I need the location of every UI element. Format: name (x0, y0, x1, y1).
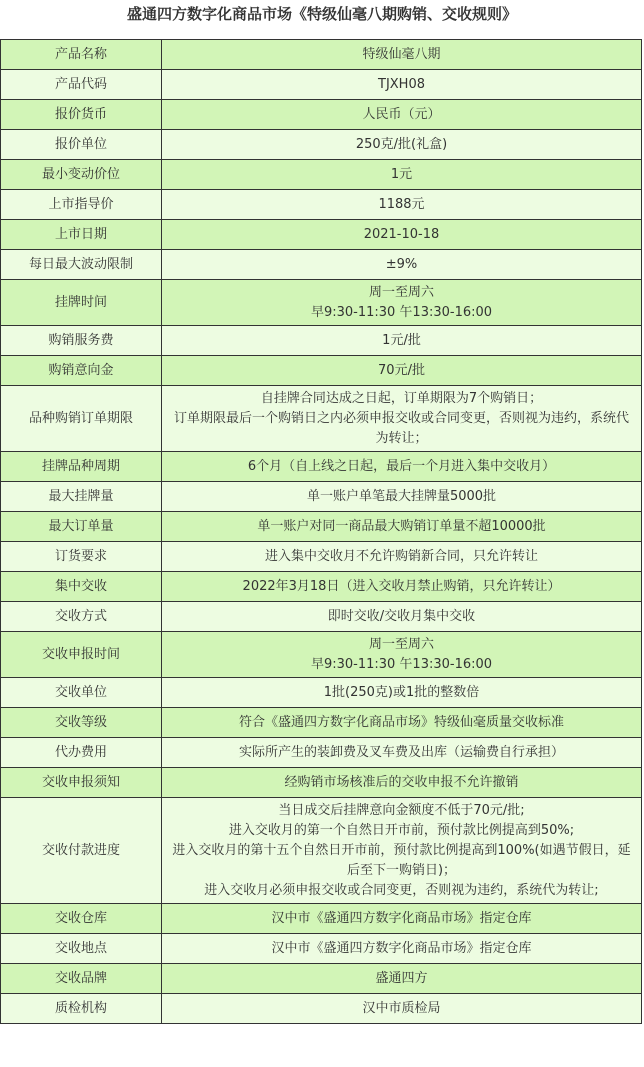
row-label: 交收申报时间 (1, 632, 162, 678)
table-row: 交收方式即时交收/交收月集中交收 (1, 602, 642, 632)
value-line: 2021-10-18 (168, 225, 635, 245)
row-value: 周一至周六早9:30-11:30 午13:30-16:00 (162, 280, 642, 326)
row-value: 特级仙毫八期 (162, 40, 642, 70)
row-value: ±9% (162, 250, 642, 280)
value-line: 进入集中交收月不允许购销新合同，只允许转让 (168, 547, 635, 567)
row-value: 实际所产生的装卸费及叉车费及出库（运输费自行承担） (162, 738, 642, 768)
row-value: 70元/批 (162, 356, 642, 386)
value-line: 即时交收/交收月集中交收 (168, 607, 635, 627)
table-row: 代办费用实际所产生的装卸费及叉车费及出库（运输费自行承担） (1, 738, 642, 768)
row-value: 周一至周六早9:30-11:30 午13:30-16:00 (162, 632, 642, 678)
value-line: 经购销市场核准后的交收申报不允许撤销 (168, 773, 635, 793)
page-title: 盛通四方数字化商品市场《特级仙毫八期购销、交收规则》 (0, 0, 644, 30)
table-row: 品种购销订单期限自挂牌合同达成之日起，订单期限为7个购销日；订单期限最后一个购销… (1, 386, 642, 452)
table-row: 购销意向金70元/批 (1, 356, 642, 386)
row-label: 交收申报须知 (1, 768, 162, 798)
value-line: 1188元 (168, 195, 635, 215)
value-line: 1批(250克)或1批的整数倍 (168, 683, 635, 703)
row-label: 上市日期 (1, 220, 162, 250)
row-label: 集中交收 (1, 572, 162, 602)
value-line: 汉中市《盛通四方数字化商品市场》指定仓库 (168, 939, 635, 959)
table-row: 上市日期2021-10-18 (1, 220, 642, 250)
table-row: 产品代码TJXH08 (1, 70, 642, 100)
row-label: 代办费用 (1, 738, 162, 768)
table-row: 最大挂牌量单一账户单笔最大挂牌量5000批 (1, 482, 642, 512)
table-row: 报价货币人民币（元） (1, 100, 642, 130)
value-line: 1元/批 (168, 331, 635, 351)
row-label: 产品名称 (1, 40, 162, 70)
value-line: 自挂牌合同达成之日起，订单期限为7个购销日； (168, 389, 635, 409)
value-line: 符合《盛通四方数字化商品市场》特级仙毫质量交收标准 (168, 713, 635, 733)
table-row: 交收地点汉中市《盛通四方数字化商品市场》指定仓库 (1, 934, 642, 964)
row-label: 挂牌品种周期 (1, 452, 162, 482)
value-line: 250克/批(礼盒) (168, 135, 635, 155)
table-row: 每日最大波动限制±9% (1, 250, 642, 280)
row-label: 交收方式 (1, 602, 162, 632)
value-line: 1元 (168, 165, 635, 185)
row-value: 汉中市质检局 (162, 994, 642, 1024)
row-label: 交收地点 (1, 934, 162, 964)
value-line: 进入交收月必须申报交收或合同变更，否则视为违约，系统代为转让; (168, 881, 635, 901)
rules-table: 产品名称特级仙毫八期 产品代码TJXH08 报价货币人民币（元） 报价单位250… (0, 39, 642, 1024)
row-value: 1188元 (162, 190, 642, 220)
table-row: 订货要求进入集中交收月不允许购销新合同，只允许转让 (1, 542, 642, 572)
table-row: 最小变动价位1元 (1, 160, 642, 190)
value-line: 2022年3月18日（进入交收月禁止购销，只允许转让） (168, 577, 635, 597)
table-row: 产品名称特级仙毫八期 (1, 40, 642, 70)
row-label: 交收等级 (1, 708, 162, 738)
row-value: 单一账户单笔最大挂牌量5000批 (162, 482, 642, 512)
table-row: 挂牌品种周期6个月（自上线之日起，最后一个月进入集中交收月） (1, 452, 642, 482)
value-line: 特级仙毫八期 (168, 45, 635, 65)
value-line: 早9:30-11:30 午13:30-16:00 (168, 655, 635, 675)
value-line: 汉中市质检局 (168, 999, 635, 1019)
value-line: 单一账户对同一商品最大购销订单量不超10000批 (168, 517, 635, 537)
row-value: 人民币（元） (162, 100, 642, 130)
row-value: 当日成交后挂牌意向金额度不低于70元/批;进入交收月的第一个自然日开市前，预付款… (162, 798, 642, 904)
row-label: 最大挂牌量 (1, 482, 162, 512)
table-row: 挂牌时间周一至周六早9:30-11:30 午13:30-16:00 (1, 280, 642, 326)
value-line: 周一至周六 (168, 635, 635, 655)
row-label: 交收品牌 (1, 964, 162, 994)
row-label: 购销意向金 (1, 356, 162, 386)
row-value: 250克/批(礼盒) (162, 130, 642, 160)
row-value: 1元/批 (162, 326, 642, 356)
row-label: 购销服务费 (1, 326, 162, 356)
row-value: 汉中市《盛通四方数字化商品市场》指定仓库 (162, 904, 642, 934)
row-label: 交收单位 (1, 678, 162, 708)
value-line: 周一至周六 (168, 283, 635, 303)
row-value: 自挂牌合同达成之日起，订单期限为7个购销日；订单期限最后一个购销日之内必须申报交… (162, 386, 642, 452)
row-label: 每日最大波动限制 (1, 250, 162, 280)
row-value: 汉中市《盛通四方数字化商品市场》指定仓库 (162, 934, 642, 964)
row-value: 1元 (162, 160, 642, 190)
value-line: 当日成交后挂牌意向金额度不低于70元/批; (168, 801, 635, 821)
table-row: 交收付款进度当日成交后挂牌意向金额度不低于70元/批;进入交收月的第一个自然日开… (1, 798, 642, 904)
table-row: 交收单位1批(250克)或1批的整数倍 (1, 678, 642, 708)
table-row: 交收等级符合《盛通四方数字化商品市场》特级仙毫质量交收标准 (1, 708, 642, 738)
value-line: 进入交收月的第十五个自然日开市前，预付款比例提高到100%(如遇节假日，延后至下… (168, 841, 635, 881)
value-line: ±9% (168, 255, 635, 275)
value-line: 进入交收月的第一个自然日开市前，预付款比例提高到50%; (168, 821, 635, 841)
row-label: 品种购销订单期限 (1, 386, 162, 452)
table-row: 购销服务费1元/批 (1, 326, 642, 356)
row-label: 上市指导价 (1, 190, 162, 220)
row-label: 最大订单量 (1, 512, 162, 542)
table-row: 质检机构汉中市质检局 (1, 994, 642, 1024)
table-row: 交收申报须知经购销市场核准后的交收申报不允许撤销 (1, 768, 642, 798)
table-row: 集中交收2022年3月18日（进入交收月禁止购销，只允许转让） (1, 572, 642, 602)
value-line: 70元/批 (168, 361, 635, 381)
value-line: 订单期限最后一个购销日之内必须申报交收或合同变更，否则视为违约，系统代为转让； (168, 409, 635, 449)
value-line: 盛通四方 (168, 969, 635, 989)
value-line: 人民币（元） (168, 105, 635, 125)
table-row: 最大订单量单一账户对同一商品最大购销订单量不超10000批 (1, 512, 642, 542)
table-row: 交收申报时间周一至周六早9:30-11:30 午13:30-16:00 (1, 632, 642, 678)
row-value: 经购销市场核准后的交收申报不允许撤销 (162, 768, 642, 798)
value-line: 单一账户单笔最大挂牌量5000批 (168, 487, 635, 507)
value-line: 实际所产生的装卸费及叉车费及出库（运输费自行承担） (168, 743, 635, 763)
table-row: 交收仓库汉中市《盛通四方数字化商品市场》指定仓库 (1, 904, 642, 934)
row-label: 挂牌时间 (1, 280, 162, 326)
table-row: 上市指导价1188元 (1, 190, 642, 220)
row-value: 6个月（自上线之日起，最后一个月进入集中交收月） (162, 452, 642, 482)
row-value: 2021-10-18 (162, 220, 642, 250)
row-value: 1批(250克)或1批的整数倍 (162, 678, 642, 708)
row-label: 产品代码 (1, 70, 162, 100)
value-line: 汉中市《盛通四方数字化商品市场》指定仓库 (168, 909, 635, 929)
value-line: 早9:30-11:30 午13:30-16:00 (168, 303, 635, 323)
row-label: 报价单位 (1, 130, 162, 160)
row-label: 交收仓库 (1, 904, 162, 934)
row-value: 进入集中交收月不允许购销新合同，只允许转让 (162, 542, 642, 572)
row-label: 订货要求 (1, 542, 162, 572)
row-value: 单一账户对同一商品最大购销订单量不超10000批 (162, 512, 642, 542)
value-line: TJXH08 (168, 75, 635, 95)
row-label: 报价货币 (1, 100, 162, 130)
row-label: 质检机构 (1, 994, 162, 1024)
row-value: 符合《盛通四方数字化商品市场》特级仙毫质量交收标准 (162, 708, 642, 738)
row-label: 最小变动价位 (1, 160, 162, 190)
table-row: 报价单位250克/批(礼盒) (1, 130, 642, 160)
row-value: 2022年3月18日（进入交收月禁止购销，只允许转让） (162, 572, 642, 602)
row-value: TJXH08 (162, 70, 642, 100)
value-line: 6个月（自上线之日起，最后一个月进入集中交收月） (168, 457, 635, 477)
table-row: 交收品牌盛通四方 (1, 964, 642, 994)
row-value: 盛通四方 (162, 964, 642, 994)
row-label: 交收付款进度 (1, 798, 162, 904)
row-value: 即时交收/交收月集中交收 (162, 602, 642, 632)
